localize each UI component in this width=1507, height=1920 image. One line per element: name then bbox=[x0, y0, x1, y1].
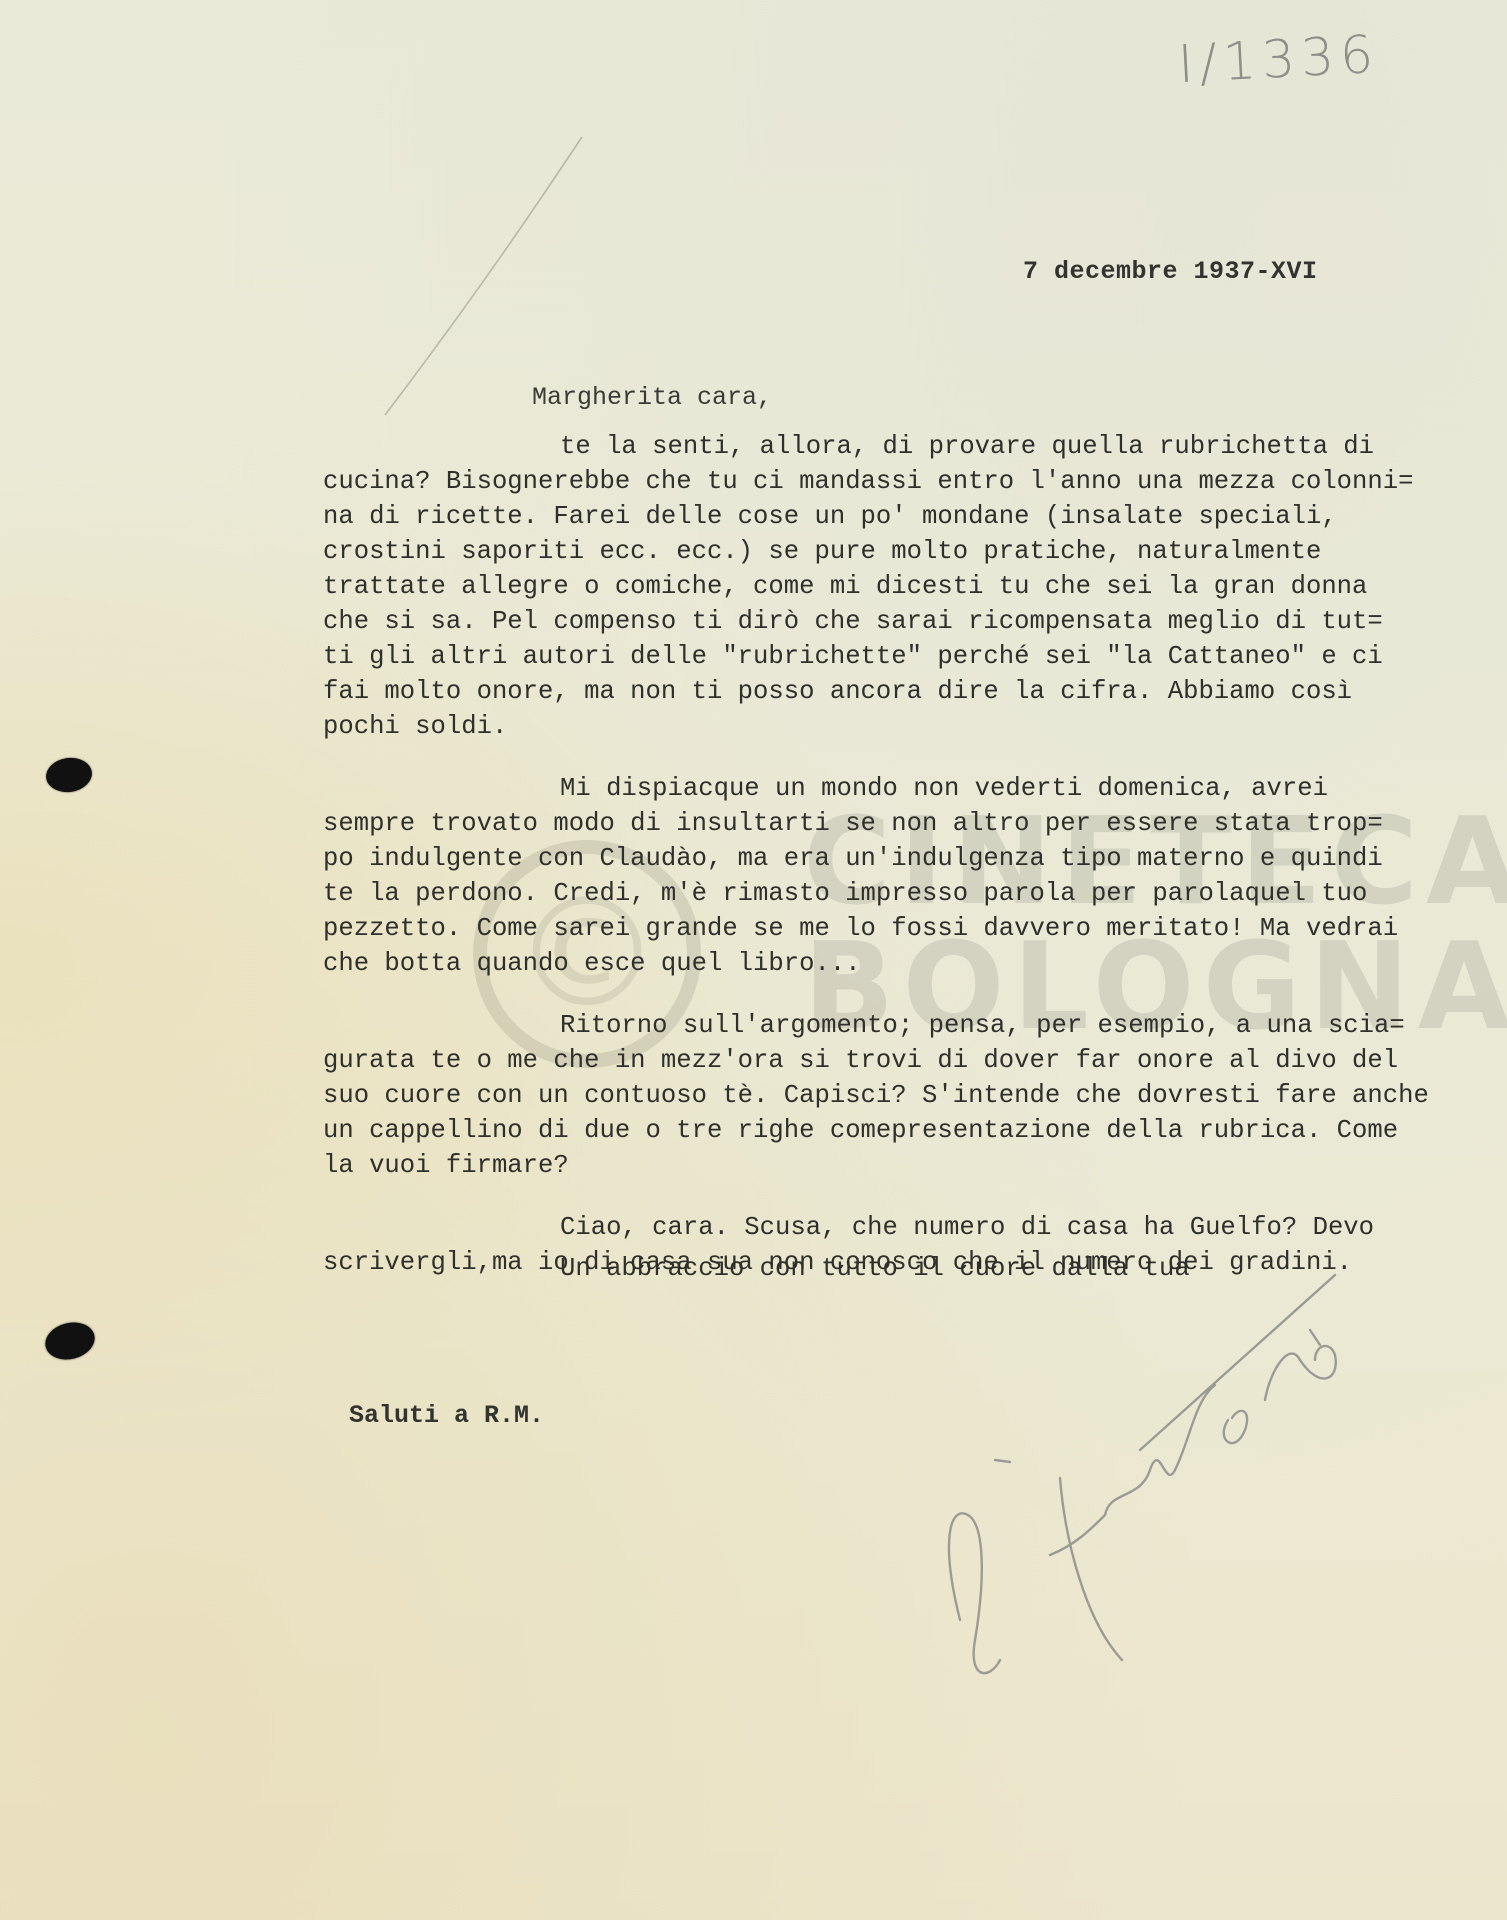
punch-hole bbox=[41, 1317, 98, 1364]
paragraph-2: Mi dispiacque un mondo non vederti domen… bbox=[323, 771, 1453, 981]
text-line: Ritorno sull'argomento; pensa, per esemp… bbox=[323, 1008, 1453, 1043]
text-line: te la perdono. Credi, m'è rimasto impres… bbox=[323, 876, 1453, 911]
paragraph-1: te la senti, allora, di provare quella r… bbox=[323, 429, 1453, 744]
text-line: un cappellino di due o tre righe comepre… bbox=[323, 1113, 1453, 1148]
pencil-diagonal-line bbox=[385, 137, 582, 415]
text-line: na di ricette. Farei delle cose un po' m… bbox=[323, 499, 1453, 534]
text-line: la vuoi firmare? bbox=[323, 1148, 1453, 1183]
text-line: pochi soldi. bbox=[323, 709, 1453, 744]
text-line: fai molto onore, ma non ti posso ancora … bbox=[323, 674, 1453, 709]
text-line: ti gli altri autori delle "rubrichette" … bbox=[323, 639, 1453, 674]
text-line: trattate allegre o comiche, come mi dice… bbox=[323, 569, 1453, 604]
text-line: che botta quando esce quel libro... bbox=[323, 946, 1453, 981]
punch-hole bbox=[44, 755, 94, 795]
text-line: sempre trovato modo di insultarti se non… bbox=[323, 806, 1453, 841]
letter-date: 7 decembre 1937-XVI bbox=[1023, 257, 1318, 286]
text-line: te la senti, allora, di provare quella r… bbox=[323, 429, 1453, 464]
paragraph-3: Ritorno sull'argomento; pensa, per esemp… bbox=[323, 1008, 1453, 1183]
letter-closing: Un abbraccio con tutto il cuore dalla tu… bbox=[560, 1254, 1190, 1283]
text-line: po indulgente con Claudào, ma era un'ind… bbox=[323, 841, 1453, 876]
text-line: crostini saporiti ecc. ecc.) se pure mol… bbox=[323, 534, 1453, 569]
letter-postscript: Saluti a R.M. bbox=[349, 1401, 544, 1430]
text-line: Mi dispiacque un mondo non vederti domen… bbox=[323, 771, 1453, 806]
text-line: suo cuore con un contuoso tè. Capisci? S… bbox=[323, 1078, 1453, 1113]
text-line: gurata te o me che in mezz'ora si trovi … bbox=[323, 1043, 1453, 1078]
text-line: che si sa. Pel compenso ti dirò che sara… bbox=[323, 604, 1453, 639]
letter-page: © CINETECA BOLOGNA bbox=[0, 0, 1507, 1920]
letter-body: te la senti, allora, di provare quella r… bbox=[323, 429, 1453, 1307]
text-line: cucina? Bisognerebbe che tu ci mandassi … bbox=[323, 464, 1453, 499]
text-line: Ciao, cara. Scusa, che numero di casa ha… bbox=[323, 1210, 1453, 1245]
text-line: pezzetto. Come sarei grande se me lo fos… bbox=[323, 911, 1453, 946]
archive-reference-number: I/1336 bbox=[1177, 25, 1381, 95]
letter-salutation: Margherita cara, bbox=[532, 383, 772, 412]
handwritten-signature-icon bbox=[949, 1275, 1336, 1673]
